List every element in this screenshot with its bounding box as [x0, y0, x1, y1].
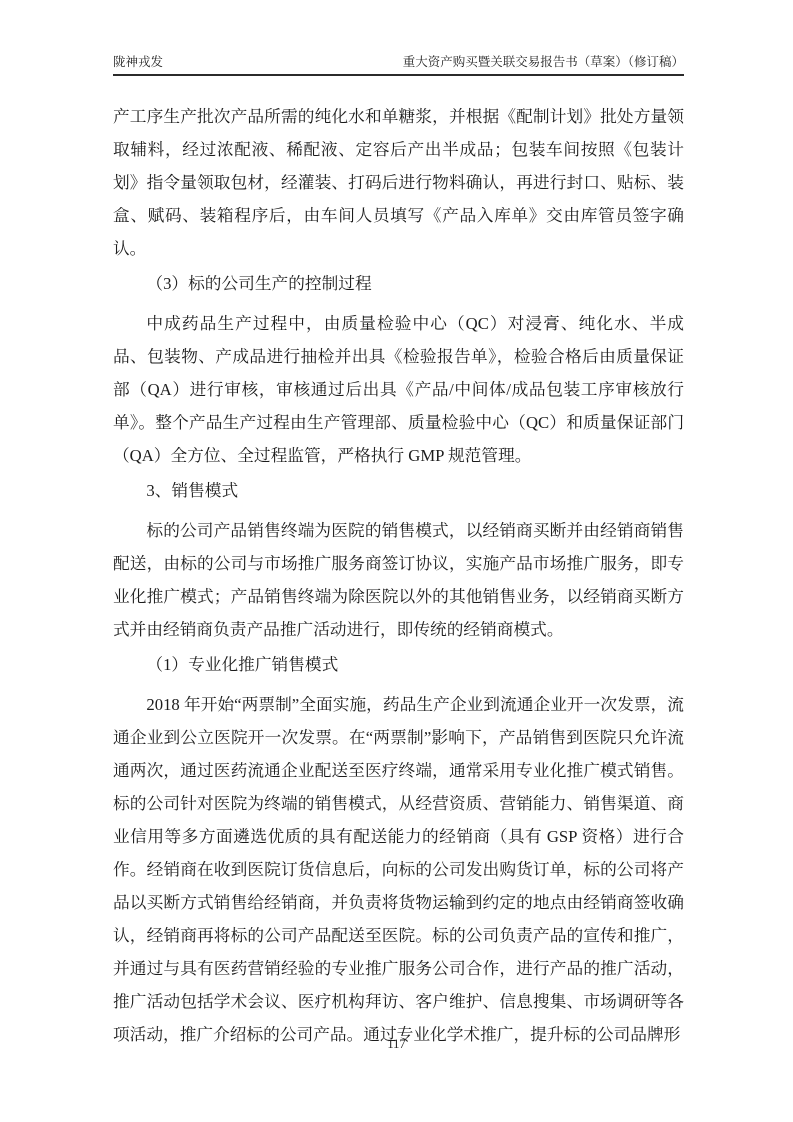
- page-footer: 117: [0, 1036, 793, 1053]
- header-report-title: 重大资产购买暨关联交易报告书（草案）（修订稿）: [403, 54, 684, 71]
- page-header: 陇神戎发 重大资产购买暨关联交易报告书（草案）（修订稿）: [113, 54, 684, 76]
- body-paragraph-quality-control: 中成药品生产过程中，由质量检验中心（QC）对浸膏、纯化水、半成品、包装物、产成品…: [113, 307, 684, 472]
- body-paragraph-sales-model-overview: 标的公司产品销售终端为医院的销售模式，以经销商买断并由经销商销售配送，由标的公司…: [113, 514, 684, 646]
- document-page: 陇神戎发 重大资产购买暨关联交易报告书（草案）（修订稿） 产工序生产批次产品所需…: [0, 0, 793, 1122]
- header-company-name: 陇神戎发: [113, 54, 163, 71]
- body-paragraph-production-continuation: 产工序生产批次产品所需的纯化水和单糖浆，并根据《配制计划》批处方量领取辅料，经过…: [113, 100, 684, 265]
- heading-sales-model: 3、销售模式: [113, 474, 684, 507]
- heading-professional-promotion-model: （1）专业化推广销售模式: [113, 648, 684, 681]
- page-number: 117: [387, 1037, 405, 1051]
- heading-production-control-process: （3）标的公司生产的控制过程: [113, 267, 684, 300]
- document-body: 产工序生产批次产品所需的纯化水和单糖浆，并根据《配制计划》批处方量领取辅料，经过…: [113, 100, 684, 1051]
- body-paragraph-two-invoice-system: 2018 年开始“两票制”全面实施，药品生产企业到流通企业开一次发票，流通企业到…: [113, 688, 684, 1051]
